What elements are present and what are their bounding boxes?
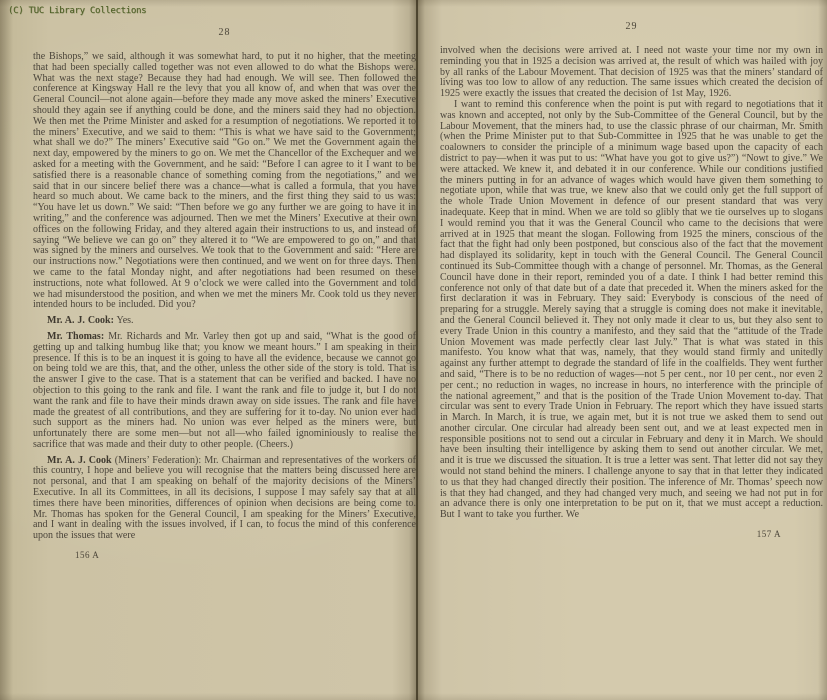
page-number-right: 29 — [440, 21, 823, 32]
book-edge-left — [0, 0, 13, 700]
page-footer-right: 157 A — [440, 529, 823, 539]
paragraph: the Bishops,” we said, although it was s… — [33, 52, 416, 311]
paragraph: Mr. Thomas: Mr. Richards and Mr. Varley … — [33, 332, 416, 451]
page-footer-left: 156 A — [33, 550, 416, 560]
speaker-affiliation: (Miners’ Federation): — [112, 455, 205, 466]
speaker-name: Mr. Thomas: — [47, 331, 104, 342]
paragraph-text: the Bishops,” we said, although it was s… — [33, 51, 416, 310]
paragraph: Mr. A. J. Cook: Yes. — [33, 316, 416, 327]
paragraph-text: Mr. Richards and Mr. Varley then got up … — [33, 331, 416, 450]
paragraph: I want to remind this conference when th… — [440, 100, 823, 521]
paragraph: Mr. A. J. Cook (Miners’ Federation): Mr.… — [33, 456, 416, 542]
book-gutter-line — [416, 0, 418, 700]
page-left: 28 the Bishops,” we said, although it wa… — [33, 27, 416, 560]
page-right: 29 involved when the decisions were arri… — [440, 21, 823, 539]
paragraph: involved when the decisions were arrived… — [440, 46, 823, 100]
paragraph-text: I want to remind this conference when th… — [440, 99, 823, 520]
speaker-name: Mr. A. J. Cook — [47, 455, 112, 466]
book-scan: (C) TUC Library Collections 28 the Bisho… — [0, 0, 827, 700]
speaker-name: Mr. A. J. Cook: — [47, 315, 114, 326]
paragraph-text: involved when the decisions were arrived… — [440, 45, 823, 99]
paragraph-text: Yes. — [114, 315, 134, 326]
watermark: (C) TUC Library Collections — [8, 6, 146, 16]
paragraph-text: Mr. Chairman and representatives of the … — [33, 455, 416, 542]
page-number-left: 28 — [33, 27, 416, 38]
